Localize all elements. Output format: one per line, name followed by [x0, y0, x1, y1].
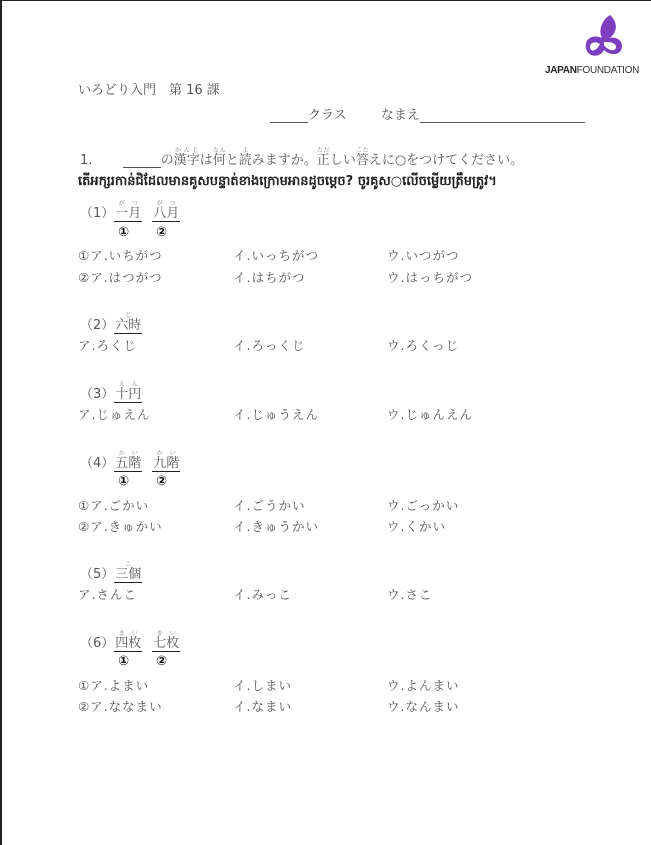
logo-wordmark: JAPANFOUNDATION — [545, 65, 651, 76]
answer-option[interactable]: ①ア.いちがつ — [78, 246, 163, 264]
item-label: （1） — [80, 206, 114, 221]
answer-option[interactable]: イ.いっちがつ — [233, 246, 319, 264]
item-heading: （6）四枚まい七枚まい — [80, 630, 190, 652]
answer-option[interactable]: ウ.いつがつ — [387, 246, 459, 264]
class-label: クラス — [308, 108, 347, 123]
answer-option[interactable]: イ.きゅうかい — [233, 517, 319, 535]
item-label: （6） — [80, 636, 114, 651]
target-kanji: 八月がつ — [152, 200, 180, 222]
name-blank[interactable] — [420, 108, 585, 123]
answer-option[interactable]: ①ア.よまい — [78, 676, 149, 694]
answer-option[interactable]: ア.じゅえん — [78, 405, 150, 423]
answer-option[interactable]: ア.ろくじ — [78, 336, 137, 354]
answer-option[interactable]: ウ.じゅんえん — [387, 405, 473, 423]
answer-option[interactable]: イ.みっこ — [233, 585, 292, 603]
answer-option[interactable]: イ.はちがつ — [233, 268, 305, 286]
word-marker: ② — [156, 225, 167, 240]
answer-option[interactable]: ウ.さこ — [387, 585, 432, 603]
item-heading: （1）一月がつ八月がつ — [80, 200, 190, 222]
answer-option[interactable]: ②ア.はつがつ — [78, 268, 163, 286]
japan-foundation-logo: JAPANFOUNDATION — [572, 12, 632, 80]
answer-option[interactable]: ウ.ごっかい — [387, 496, 459, 514]
answer-option[interactable]: ②ア.ななまい — [78, 697, 163, 715]
question-instruction: 1. の漢字かんじは何なんと読よみますか。正ただしい答こたえに○をつけてください… — [80, 147, 523, 168]
target-kanji: 一月がつ — [114, 200, 142, 222]
answer-option[interactable]: ②ア.きゅかい — [78, 517, 163, 535]
class-name-line: クラス なまえ — [270, 104, 585, 123]
answer-option[interactable]: ウ.ろくっじ — [387, 336, 459, 354]
target-kanji: 四枚まい — [114, 630, 142, 652]
item-heading: （4）五階かい九階かい — [80, 450, 190, 472]
target-kanji: 九階かい — [152, 450, 180, 472]
answer-option[interactable]: ア.さんこ — [78, 585, 137, 603]
item-label: （4） — [80, 456, 114, 471]
answer-option[interactable]: イ.しまい — [233, 676, 292, 694]
item-heading: （2）六時じ — [80, 312, 152, 334]
butterfly-logo-icon — [580, 12, 626, 62]
target-kanji: 五階かい — [114, 450, 142, 472]
class-blank[interactable] — [270, 108, 308, 123]
khmer-instruction: តើអក្សរកាន់ជិដែលមានគូសបន្ទាត់ខាងក្រោមអាន… — [78, 173, 497, 192]
word-marker: ② — [156, 474, 167, 489]
item-label: （2） — [80, 318, 114, 333]
target-kanji: 三個こ — [114, 561, 142, 583]
word-marker: ① — [118, 474, 129, 489]
name-label: なまえ — [381, 108, 420, 123]
answer-option[interactable]: イ.じゅうえん — [233, 405, 319, 423]
answer-option[interactable]: ウ.なんまい — [387, 697, 459, 715]
word-marker: ① — [118, 654, 129, 669]
target-kanji: 十円えん — [114, 381, 142, 403]
word-marker: ② — [156, 654, 167, 669]
lesson-title: いろどり入門 第 16 課 — [78, 79, 220, 98]
answer-option[interactable]: ウ.よんまい — [387, 676, 459, 694]
target-kanji: 七枚まい — [152, 630, 180, 652]
answer-option[interactable]: イ.なまい — [233, 697, 292, 715]
item-heading: （5）三個こ — [80, 561, 152, 583]
item-heading: （3）十円えん — [80, 381, 152, 403]
item-label: （5） — [80, 567, 114, 582]
target-kanji: 六時じ — [114, 312, 142, 334]
answer-option[interactable]: ①ア.ごかい — [78, 496, 149, 514]
answer-option[interactable]: イ.ごうかい — [233, 496, 305, 514]
word-marker: ① — [118, 225, 129, 240]
answer-option[interactable]: ウ.はっちがつ — [387, 268, 473, 286]
answer-option[interactable]: ウ.くかい — [387, 517, 446, 535]
question-blank — [123, 153, 161, 168]
answer-option[interactable]: イ.ろっくじ — [233, 336, 305, 354]
item-label: （3） — [80, 387, 114, 402]
